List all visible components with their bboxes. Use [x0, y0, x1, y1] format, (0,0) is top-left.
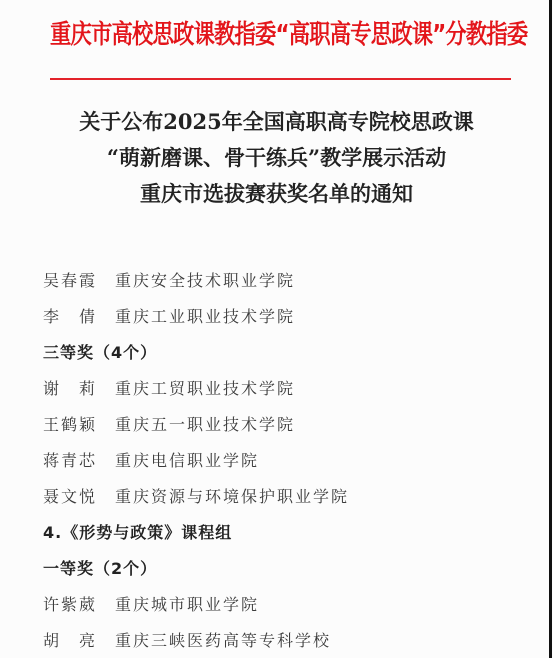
award-row: 胡 亮重庆三峡医药高等专科学校	[43, 625, 349, 658]
header-title: 重庆市高校思政课教指委“高职高专思政课”分教指委	[50, 14, 503, 51]
winner-school: 重庆工业职业技术学院	[115, 301, 295, 333]
notice-title-line-3: 重庆市选拔赛获奖名单的通知	[0, 176, 553, 212]
notice-title-line-1: 关于公布2025年全国高职高专院校思政课	[0, 104, 553, 140]
winner-school: 重庆工贸职业技术学院	[115, 373, 295, 405]
award-row: 许紫葳重庆城市职业学院	[43, 589, 349, 625]
award-row: 王鹤颖重庆五一职业技术学院	[43, 409, 349, 445]
award-row: 蒋青芯重庆电信职业学院	[43, 445, 349, 481]
page-edge-border	[549, 0, 552, 658]
winner-name: 蒋青芯	[43, 445, 115, 477]
winner-name: 聂文悦	[43, 481, 115, 513]
winner-school: 重庆城市职业学院	[115, 589, 259, 621]
winner-name: 李 倩	[43, 301, 115, 333]
award-row: 吴春霞重庆安全技术职业学院	[43, 265, 349, 301]
winner-name: 吴春霞	[43, 265, 115, 297]
award-row: 李 倩重庆工业职业技术学院	[43, 301, 349, 337]
header-red-rule	[50, 78, 511, 80]
winner-name: 谢 莉	[43, 373, 115, 405]
winner-school: 重庆五一职业技术学院	[115, 409, 295, 441]
notice-title: 关于公布2025年全国高职高专院校思政课 “萌新磨课、骨干练兵”教学展示活动 重…	[0, 104, 553, 212]
winner-school: 重庆三峡医药高等专科学校	[115, 625, 331, 657]
winner-school: 重庆安全技术职业学院	[115, 265, 295, 297]
award-row: 谢 莉重庆工贸职业技术学院	[43, 373, 349, 409]
award-row: 聂文悦重庆资源与环境保护职业学院	[43, 481, 349, 517]
notice-title-line-2: “萌新磨课、骨干练兵”教学展示活动	[0, 140, 553, 176]
winner-school: 重庆资源与环境保护职业学院	[115, 481, 349, 513]
award-tier-heading: 一等奖（2个）	[43, 553, 349, 589]
winner-name: 王鹤颖	[43, 409, 115, 441]
award-tier-heading: 三等奖（4个）	[43, 337, 349, 373]
winner-name: 许紫葳	[43, 589, 115, 621]
course-group-heading: 4.《形势与政策》课程组	[43, 517, 349, 553]
winner-school: 重庆电信职业学院	[115, 445, 259, 477]
winner-name: 胡 亮	[43, 625, 115, 657]
award-list: 吴春霞重庆安全技术职业学院 李 倩重庆工业职业技术学院 三等奖（4个） 谢 莉重…	[43, 265, 349, 658]
